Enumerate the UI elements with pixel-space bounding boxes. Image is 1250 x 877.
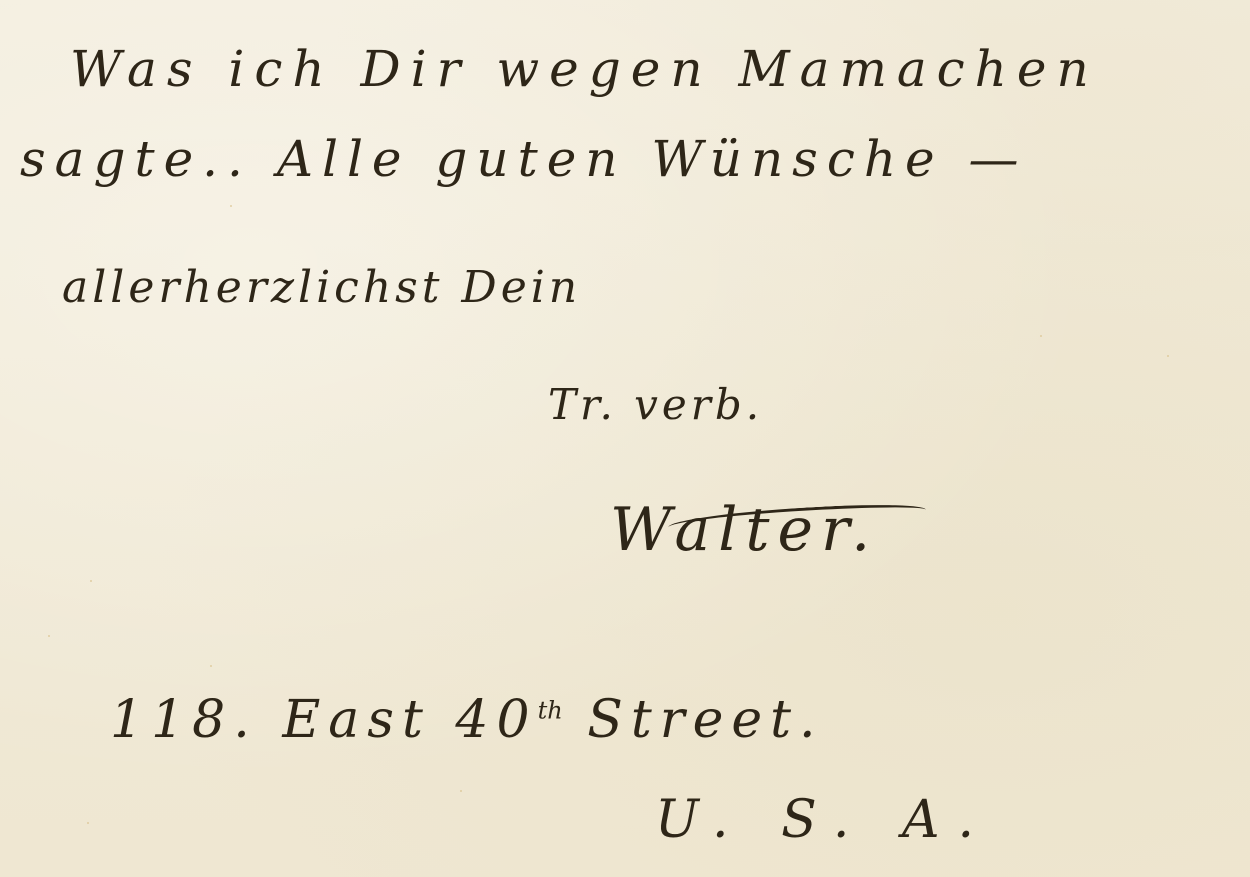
letter-line-2: sagte.. Alle guten Wünsche — [20, 130, 1028, 188]
letter-closing: Tr. verb. [548, 380, 763, 429]
initials: U. S. A. [655, 790, 992, 850]
paper-speck [90, 580, 92, 582]
address-ordinal-suffix: th [538, 697, 563, 725]
paper-speck [1167, 355, 1169, 357]
letter-line-3: allerherzlichst Dein [62, 262, 581, 313]
signature: Walter. [610, 495, 878, 565]
paper-speck [210, 665, 212, 667]
address-street-suffix: Street. [587, 690, 823, 750]
letter-page: Was ich Dir wegen Mamachen sagte.. Alle … [0, 0, 1250, 877]
paper-speck [230, 205, 232, 207]
address-number: 118. [110, 690, 258, 750]
paper-speck [48, 635, 50, 637]
paper-speck [460, 790, 462, 792]
paper-speck [1040, 335, 1042, 337]
paper-speck [87, 822, 89, 824]
letter-line-1: Was ich Dir wegen Mamachen [70, 40, 1099, 98]
address-street-prefix: East 40 [282, 690, 537, 750]
address-line: 118. East 40th Street. [110, 690, 824, 750]
